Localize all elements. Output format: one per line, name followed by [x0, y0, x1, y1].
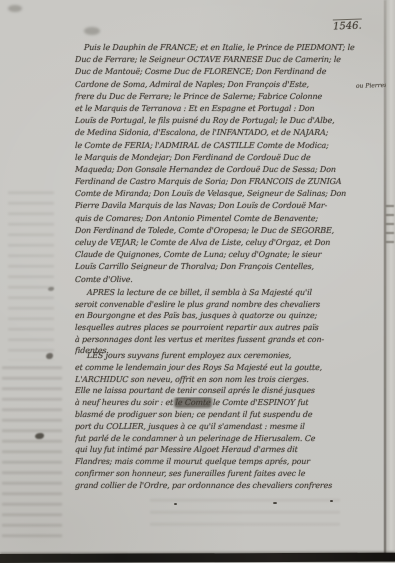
- text-line: Elle ne laissa pourtant de tenir conseil…: [75, 385, 371, 397]
- text-line: fut parlé de le condamner à un pelerinag…: [75, 433, 371, 445]
- smudge: [84, 27, 100, 35]
- text-line: frere du Duc de Ferrare; le Prince de Sa…: [75, 91, 371, 103]
- text-line: Flandres; mais comme il mourut quelque t…: [75, 456, 371, 468]
- paragraph-les-jours-suyvans: LES jours suyvans furent employez aux ce…: [75, 350, 371, 492]
- ink-speck: [174, 503, 177, 505]
- ink-blot: [46, 353, 53, 359]
- text-line: et comme le lendemain jour des Roys Sa M…: [75, 362, 371, 374]
- ink-blot: [35, 433, 44, 439]
- text-line: lesquelles autres places se pourroient r…: [75, 322, 371, 334]
- text-line: celuy de VEJAR; le Comte de Alva de List…: [75, 237, 371, 249]
- text-line: Maqueda; Don Gonsale Hernandez de Cordou…: [75, 164, 371, 176]
- text-line: port du COLLIER, jusques à ce qu'il s'am…: [75, 421, 371, 433]
- text-line: Louïs Carrillo Seigneur de Thoralva; Don…: [75, 261, 371, 273]
- text-line: confirmer son honneur, ses funerailles f…: [75, 468, 371, 480]
- text-line: quis de Comares; Don Antonio Pimentel Co…: [75, 213, 371, 225]
- ink-speck: [273, 502, 277, 504]
- text-line: Louïs de Portugal, le fils puisné du Roy…: [75, 115, 371, 127]
- next-page-sliver: [386, 0, 395, 554]
- text-line: Comte d'Olive.: [75, 274, 371, 286]
- bleed-through-left-upper: [8, 185, 54, 360]
- ink-speck: [330, 500, 333, 502]
- page-edge-shadow: [384, 0, 386, 554]
- text-line: Don Ferdinand de Tolede, Comte d'Oropesa…: [75, 225, 371, 237]
- bleed-through-bottom: [150, 492, 340, 532]
- text-line: L'ARCHIDUC son neveu, offrit en son nom …: [75, 374, 371, 386]
- text-line: blasmé de prodiguer son bien; ce pendant…: [75, 409, 371, 421]
- text-line: Ferdinand de Castro Marquis de Soria; Do…: [75, 176, 371, 188]
- text-line: seroit convenable d'eslire le plus grand…: [75, 299, 371, 311]
- text-line: Duc de Mantouë; Cosme Duc de FLORENCE; D…: [75, 66, 371, 78]
- text-line: à personnages dont les vertus et merites…: [75, 334, 371, 346]
- scribbled-out-word: le Comte: [175, 398, 210, 407]
- text-line: le Marquis de Mondejar; Don Ferdinand de…: [75, 152, 371, 164]
- folio-number: 1546.: [333, 19, 362, 33]
- text-line: qui luy fut intimé par Messire Algoet He…: [75, 444, 371, 456]
- text-line: Pierre Davila Marquis de las Navas; Don …: [75, 200, 371, 212]
- text-line: et le Marquis de Terranova : Et en Espag…: [75, 103, 371, 115]
- text-line: Puis le Dauphin de FRANCE; et en Italie,…: [75, 42, 371, 54]
- smudge: [8, 5, 22, 12]
- text-line: le Comte de FERIA; l'ADMIRAL de CASTILLE…: [75, 140, 371, 152]
- manuscript-page: 1546. Puis le Dauphin de FRANCE; et en I…: [0, 0, 395, 563]
- text-line: de Medina Sidonia, d'Escalona, de l'INFA…: [75, 127, 371, 139]
- edge-text-marks: [386, 198, 394, 246]
- text-line: APRES la lecture de ce billet, il sembla…: [75, 287, 371, 299]
- text-line: LES jours suyvans furent employez aux ce…: [75, 350, 371, 362]
- paragraph-knights-list: Puis le Dauphin de FRANCE; et en Italie,…: [75, 42, 371, 286]
- text-line: Duc de Ferrare; le Seigneur OCTAVE FARNE…: [75, 54, 371, 66]
- scan-border-bottom: [0, 553, 395, 563]
- text-line: en Bourgongne et des Païs bas, jusques à…: [75, 310, 371, 322]
- ink-blot: [48, 287, 54, 291]
- text-line: grand collier de l'Ordre, par ordonnance…: [75, 480, 371, 492]
- text-line: Comte de Miranda; Don Louïs de Velasque,…: [75, 188, 371, 200]
- text-line: à neuf heures du soir : et le Comte le C…: [75, 397, 371, 409]
- bleed-through-left-lower: [2, 360, 62, 545]
- paragraph-apres-lecture: APRES la lecture de ce billet, il sembla…: [75, 287, 371, 357]
- text-line: Cardone de Soma, Admiral de Naples; Don …: [75, 79, 371, 91]
- text-line: Claude de Quignones, Comte de Luna; celu…: [75, 249, 371, 261]
